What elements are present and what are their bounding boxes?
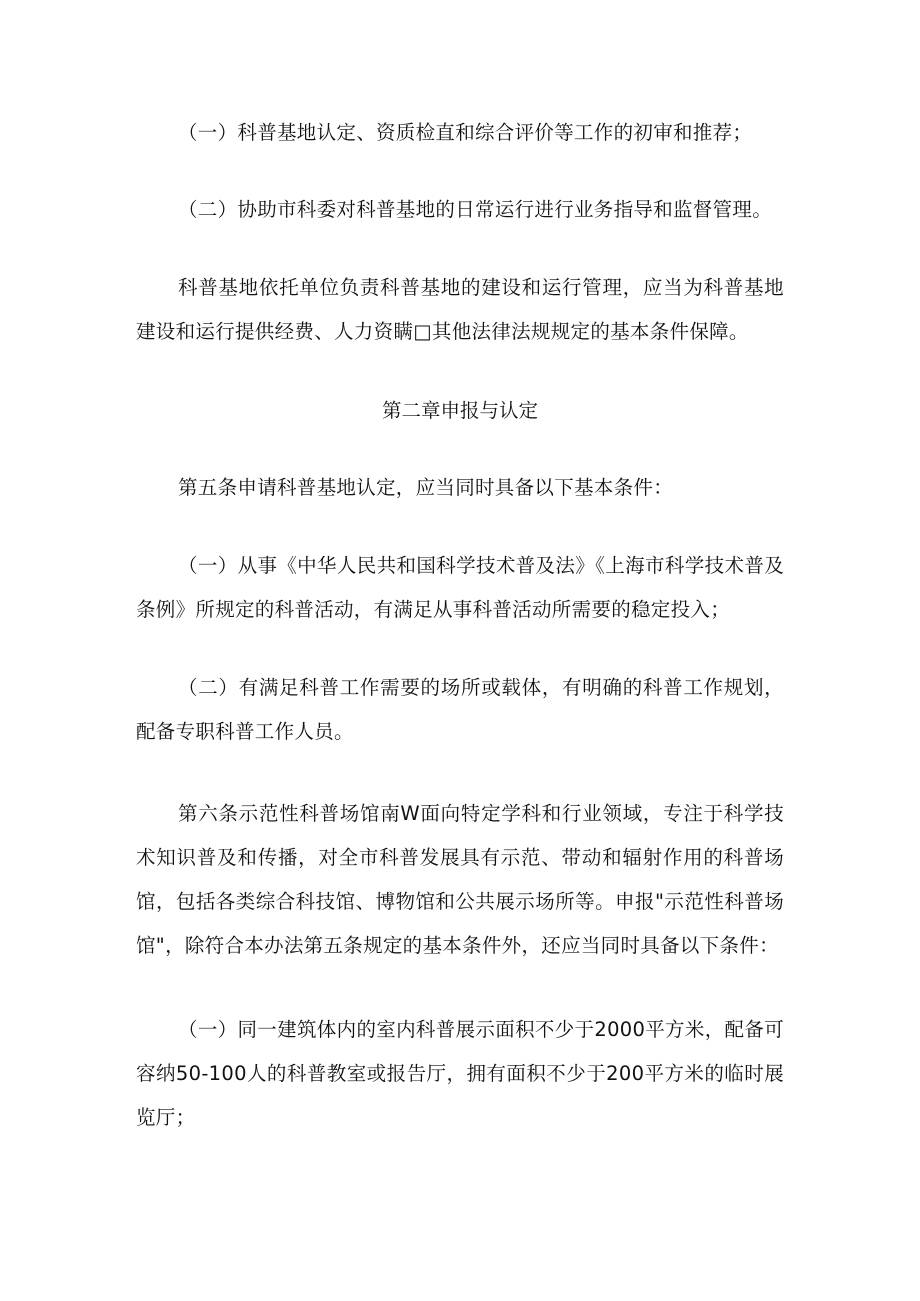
paragraph-support-conditions: 科普基地依托单位负责科普基地的建设和运行管理，应当为科普基地建设和运行提供经费、… (136, 266, 784, 354)
article-5-intro: 第五条申请科普基地认定，应当同时具备以下基本条件： (136, 466, 784, 510)
document-page: （一）科普基地认定、资质检直和综合评价等工作的初审和推荐； （二）协助市科委对科… (0, 0, 920, 1301)
article-6-item-1: （一）同一建筑体内的室内科普展示面积不少于2000平方米，配备可容纳50-100… (136, 1008, 784, 1140)
article-5-item-1: （一）从事《中华人民共和国科学技术普及法》《上海市科学技术普及条例》所规定的科普… (136, 544, 784, 632)
article-6-body: 第六条示范性科普场馆南W面向特定学科和行业领域，专注于科学技术知识普及和传播，对… (136, 792, 784, 968)
chapter-heading: 第二章申报与认定 (136, 389, 784, 433)
article-5-item-2: （二）有满足科普工作需要的场所或载体，有明确的科普工作规划，配备专职科普工作人员… (136, 666, 784, 754)
paragraph-item-2: （二）协助市科委对科普基地的日常运行进行业务指导和监督管理。 (136, 188, 784, 232)
paragraph-item-1: （一）科普基地认定、资质检直和综合评价等工作的初审和推荐； (136, 111, 784, 155)
